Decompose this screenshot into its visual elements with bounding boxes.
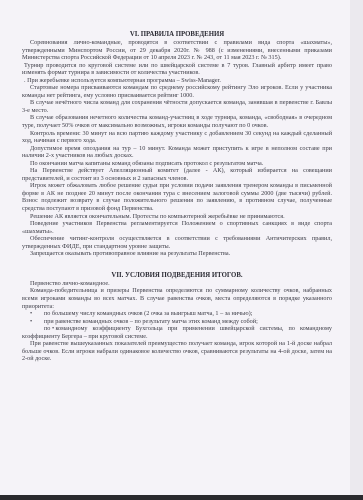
bullet-icon: • [30,318,32,326]
section-6-paragraph-11: Игрок может обжаловать любое решение суд… [22,182,332,212]
scanner-edge-bottom [0,495,363,500]
list-item: • по большему числу командных очков (2 о… [22,310,332,318]
section-6-paragraph-5: В случае нечётного числа команд для сохр… [22,99,332,114]
section-6-paragraph-10: На Первенстве действует Апелляционный ко… [22,167,332,182]
document-page: VI. ПРАВИЛА ПРОВЕДЕНИЯ Соревнования личн… [0,0,350,495]
section-6-paragraph-12: Решение АК является окончательным. Проте… [22,213,332,221]
section-7-title: VII. УСЛОВИЯ ПОДВЕДЕНИЯ ИТОГОВ. [22,272,332,280]
section-6-title: VI. ПРАВИЛА ПРОВЕДЕНИЯ [22,31,332,39]
bullet-icon: • [30,325,54,333]
section-6-paragraph-2: Турнир проводится по круговой системе ил… [22,62,332,77]
tiebreak-list: • по большему числу командных очков (2 о… [22,310,332,340]
section-6-paragraph-6: В случае образования нечетного количеств… [22,114,332,129]
section-7-intro: Первенство лично-командное. [22,280,332,288]
section-7-paragraph-2: При равенстве вышеуказанных показателей … [22,340,332,363]
section-6-paragraph-9: По окончании матча капитаны команд обяза… [22,160,332,168]
list-item-text: по командному коэффициенту Бухгольца при… [22,325,332,340]
section-6-paragraph-7: Контроль времени: 30 минут на всю партию… [22,130,332,145]
section-6-paragraph-14: Обеспечение читинг-контроля осуществляет… [22,235,332,250]
scanner-edge-right [350,0,363,495]
document-content: VI. ПРАВИЛА ПРОВЕДЕНИЯ Соревнования личн… [22,27,332,363]
list-item: • по командному коэффициенту Бухгольца п… [22,325,332,340]
list-item-text: при равенстве командных очков – по резул… [44,318,258,325]
section-7-paragraph-1: Команда-победительница и призеры Первенс… [22,287,332,310]
section-6-paragraph-4: Стартовые номера присваиваются командам … [22,84,332,99]
section-6-paragraph-3: . При жеребьевке используется компьютерн… [22,77,332,85]
bullet-icon: • [30,310,32,318]
list-item: • при равенстве командных очков – по рез… [22,318,332,326]
section-spacer [22,258,332,272]
section-6-paragraph-15: Запрещается оказывать противоправное вли… [22,250,332,258]
section-6-paragraph-8: Допустимое время опоздания на тур – 10 м… [22,145,332,160]
section-6-paragraph-1: Соревнования лично-командные, проводятся… [22,39,332,62]
section-6-paragraph-13: Поведение участников Первенства регламен… [22,220,332,235]
list-item-text: по большему числу командных очков (2 очк… [44,310,252,317]
